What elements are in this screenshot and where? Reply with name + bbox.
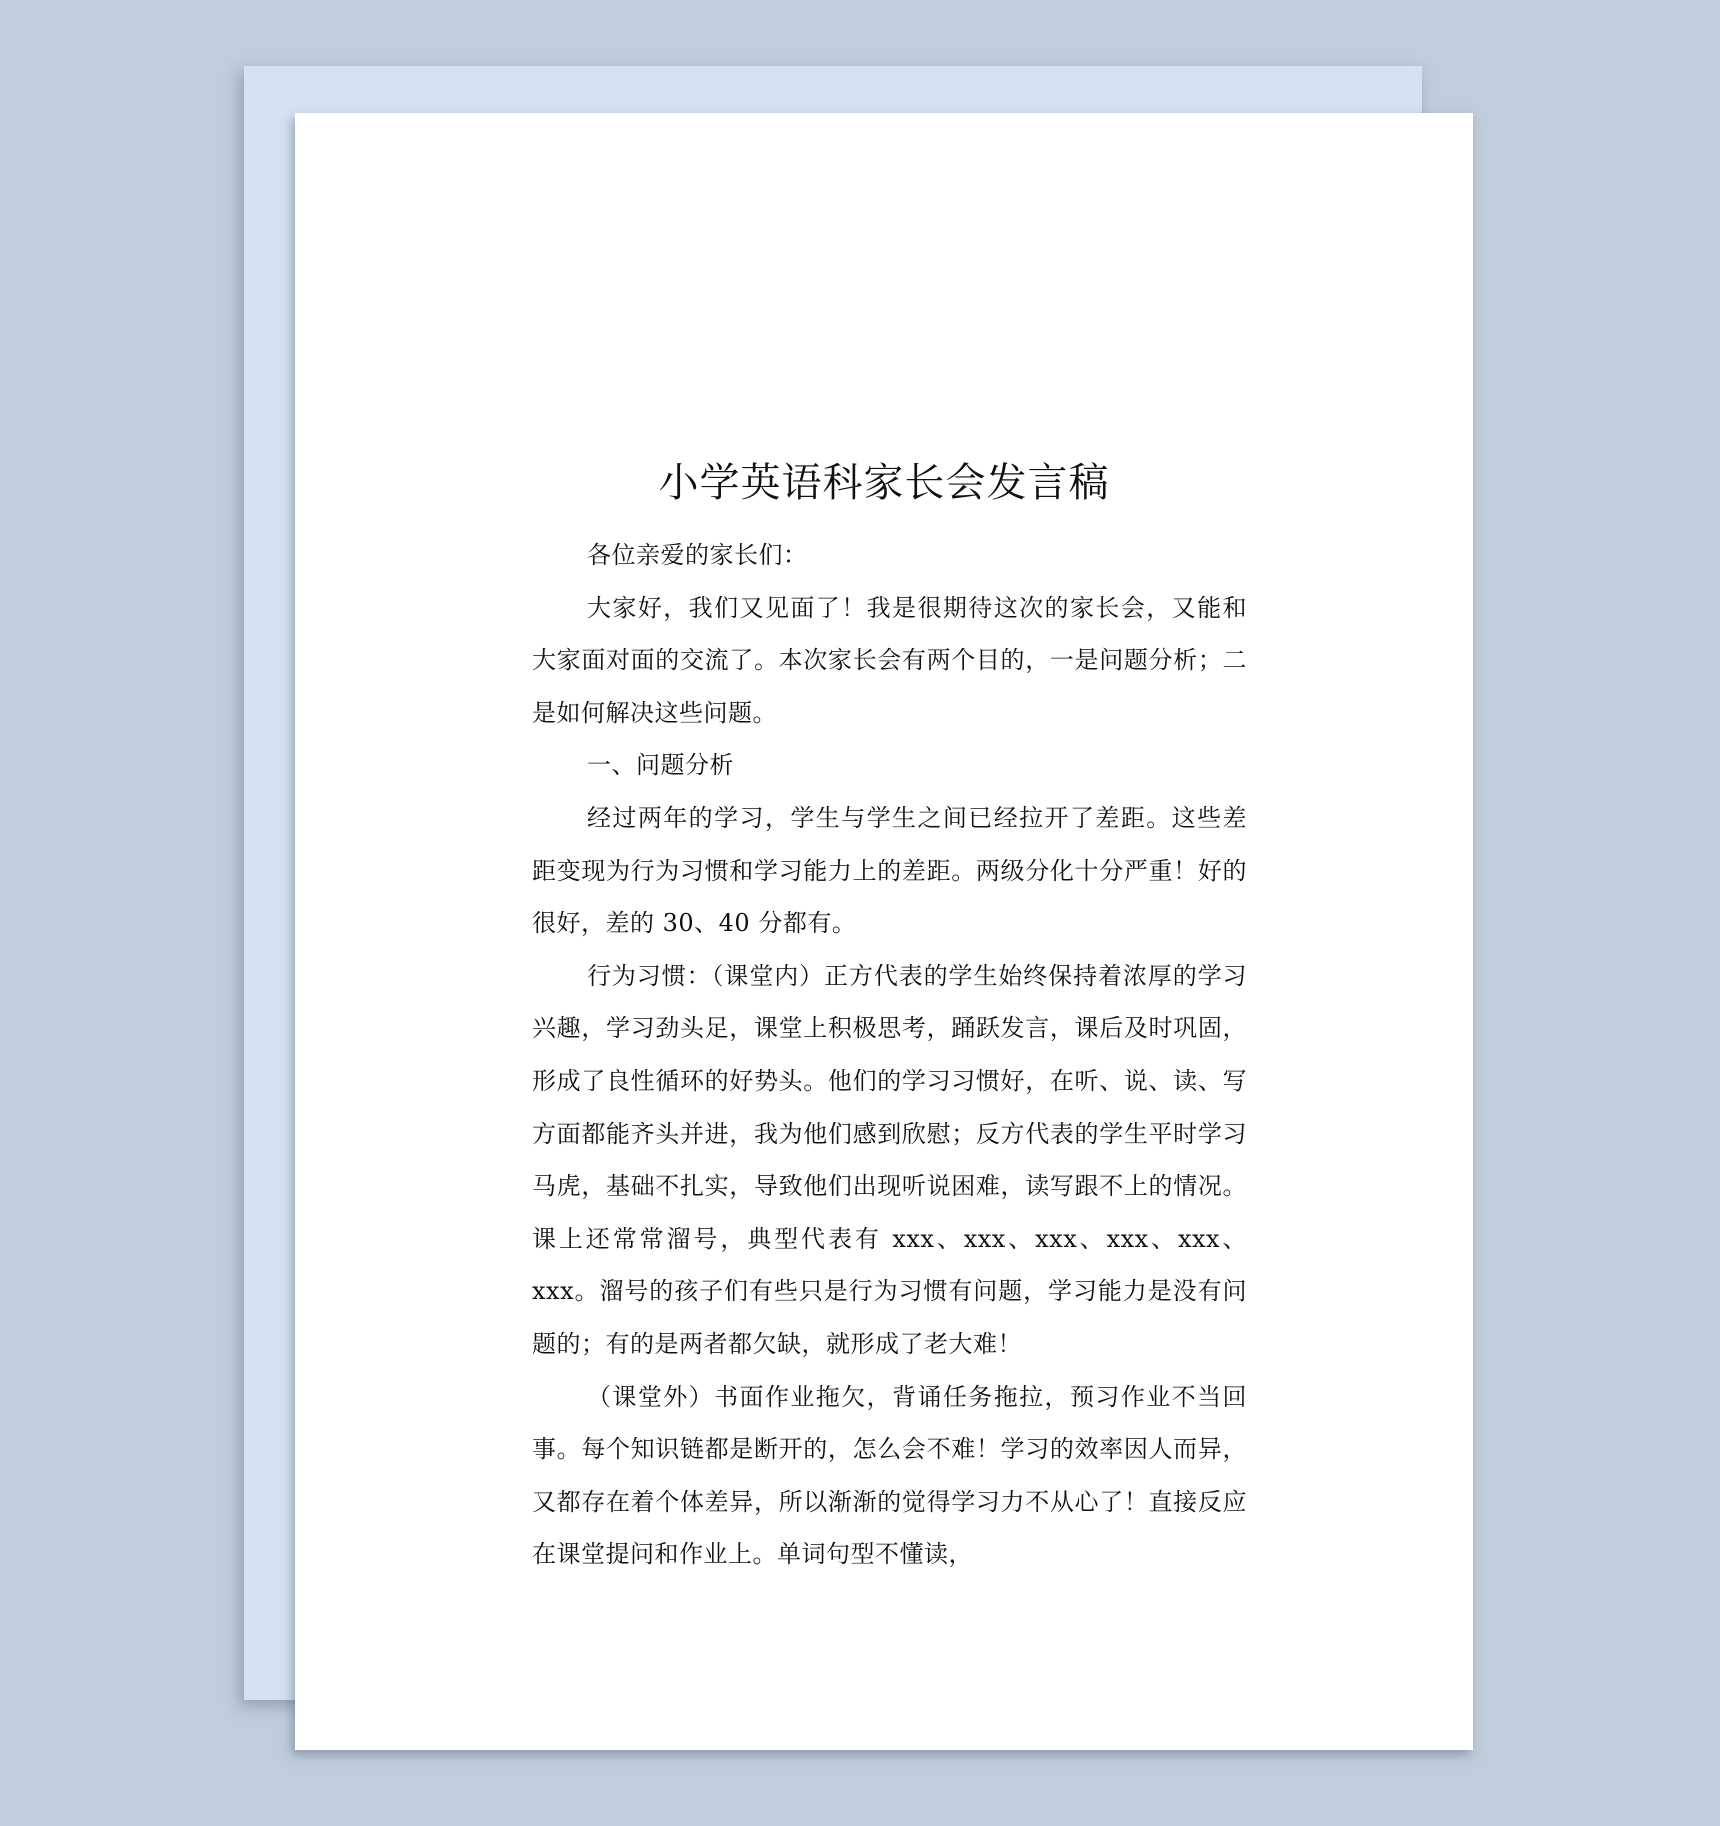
behavior-out-of-class-paragraph: （课堂外）书面作业拖欠，背诵任务拖拉，预习作业不当回事。每个知识链都是断开的，怎… — [532, 1371, 1247, 1581]
section-heading-problem-analysis: 一、问题分析 — [532, 739, 1247, 792]
document-body: 各位亲爱的家长们： 大家好，我们又见面了！我是很期待这次的家长会，又能和大家面对… — [532, 529, 1247, 1581]
salutation-paragraph: 各位亲爱的家长们： — [532, 529, 1247, 582]
document-title: 小学英语科家长会发言稿 — [295, 458, 1473, 508]
behavior-in-class-paragraph: 行为习惯：（课堂内）正方代表的学生始终保持着浓厚的学习兴趣，学习劲头足，课堂上积… — [532, 950, 1247, 1371]
gap-paragraph: 经过两年的学习，学生与学生之间已经拉开了差距。这些差距变现为行为习惯和学习能力上… — [532, 792, 1247, 950]
document-page: 小学英语科家长会发言稿 各位亲爱的家长们： 大家好，我们又见面了！我是很期待这次… — [295, 113, 1473, 1750]
intro-paragraph: 大家好，我们又见面了！我是很期待这次的家长会，又能和大家面对面的交流了。本次家长… — [532, 582, 1247, 740]
